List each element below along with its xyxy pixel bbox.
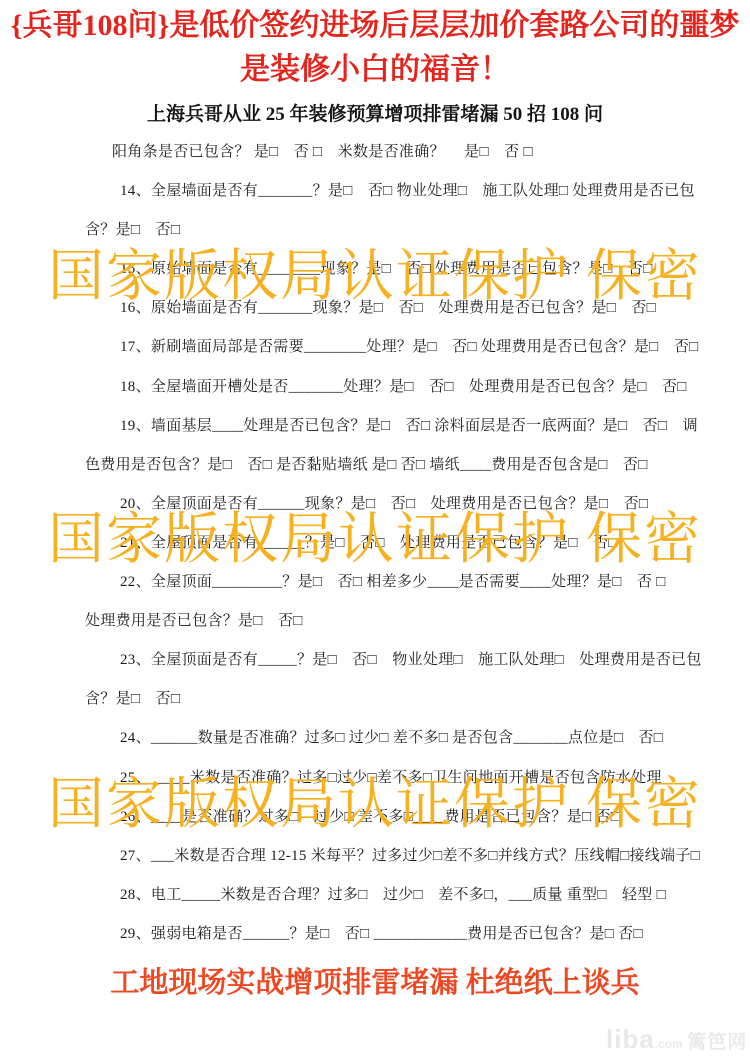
question-line: 21、全屋顶面是否有______？是□ 否□ 处理费用是否已包含？是□ 否□	[0, 524, 750, 563]
question-line: 14、全屋墙面是否有_______？是□ 否□ 物业处理□ 施工队处理□ 处理费…	[0, 172, 750, 211]
question-line: 17、新刷墙面局部是否需要________处理？是□ 否□ 处理费用是否已包含？…	[0, 328, 750, 367]
question-line: 20、全屋顶面是否有______现象？是□ 否□ 处理费用是否已包含？是□ 否□	[0, 485, 750, 524]
page-subtitle: 上海兵哥从业 25 年装修预算增项排雷堵漏 50 招 108 问	[0, 99, 750, 126]
question-line: 处理费用是否已包含？是□ 否□	[0, 602, 750, 641]
question-line: 25、_____米数是否准确？过多□过少□差不多□卫生间地面开槽是否包含防水处理	[0, 759, 750, 798]
question-line: 23、全屋顶面是否有_____？是□ 否□ 物业处理□ 施工队处理□ 处理费用是…	[0, 641, 750, 680]
page-title-line1: {兵哥108问}是低价签约进场后层层加价套路公司的噩梦	[0, 8, 750, 44]
question-line: 18、全屋墙面开槽处是否_______处理？是□ 否□ 处理费用是否已包含？是□…	[0, 368, 750, 407]
question-line: 27、___米数是否合理 12-15 米每平？过多过少□差不多□并线方式？压线帽…	[0, 837, 750, 876]
question-line: 22、全屋顶面_________？是□ 否□ 相差多少____是否需要____处…	[0, 563, 750, 602]
question-line: 15、原始墙面是否有________现象？是□ 否□ 处理费用是否已包含？是□ …	[0, 250, 750, 289]
question-list: 阳角条是否已包含？ 是□ 否 □ 米数是否准确？ 是□ 否 □14、全屋墙面是否…	[0, 133, 750, 954]
footer-slogan: 工地现场实战增项排雷堵漏 杜绝纸上谈兵	[0, 960, 750, 1001]
question-line: 26、____是否准确？过多□ 过少□ 差不多□____费用是否已包含？是□ 否…	[0, 798, 750, 837]
question-line: 阳角条是否已包含？ 是□ 否 □ 米数是否准确？ 是□ 否 □	[0, 133, 750, 172]
question-line: 19、墙面基层____处理是否已包含？是□ 否□ 涂料面层是否一底两面？是□ 否…	[0, 407, 750, 446]
question-line: 含？是□ 否□	[0, 680, 750, 719]
liba-logo-brand: liba	[606, 1024, 655, 1054]
question-line: 29、强弱电箱是否______？是□ 否□ ____________费用是否已包…	[0, 915, 750, 954]
document-page: {兵哥108问}是低价签约进场后层层加价套路公司的噩梦 是装修小白的福音！ 上海…	[0, 0, 750, 1061]
liba-logo-cn: 篱笆网	[687, 1032, 747, 1053]
page-title-line2: 是装修小白的福音！	[0, 52, 750, 88]
liba-logo-domain: .com	[655, 1037, 683, 1051]
question-line: 28、电工_____米数是否合理？过多□ 过少□ 差不多□，___质量 重型□ …	[0, 876, 750, 915]
question-line: 16、原始墙面是否有_______现象？是□ 否□ 处理费用是否已包含？是□ 否…	[0, 289, 750, 328]
question-line: 含？是□ 否□	[0, 211, 750, 250]
liba-logo: liba.com 篱笆网	[606, 1024, 747, 1055]
question-line: 色费用是否包含？是□ 否□ 是否黏贴墙纸 是□ 否□ 墙纸____费用是否包含是…	[0, 446, 750, 485]
question-line: 24、______数量是否准确？过多□ 过少□ 差不多□ 是否包含_______…	[0, 719, 750, 758]
